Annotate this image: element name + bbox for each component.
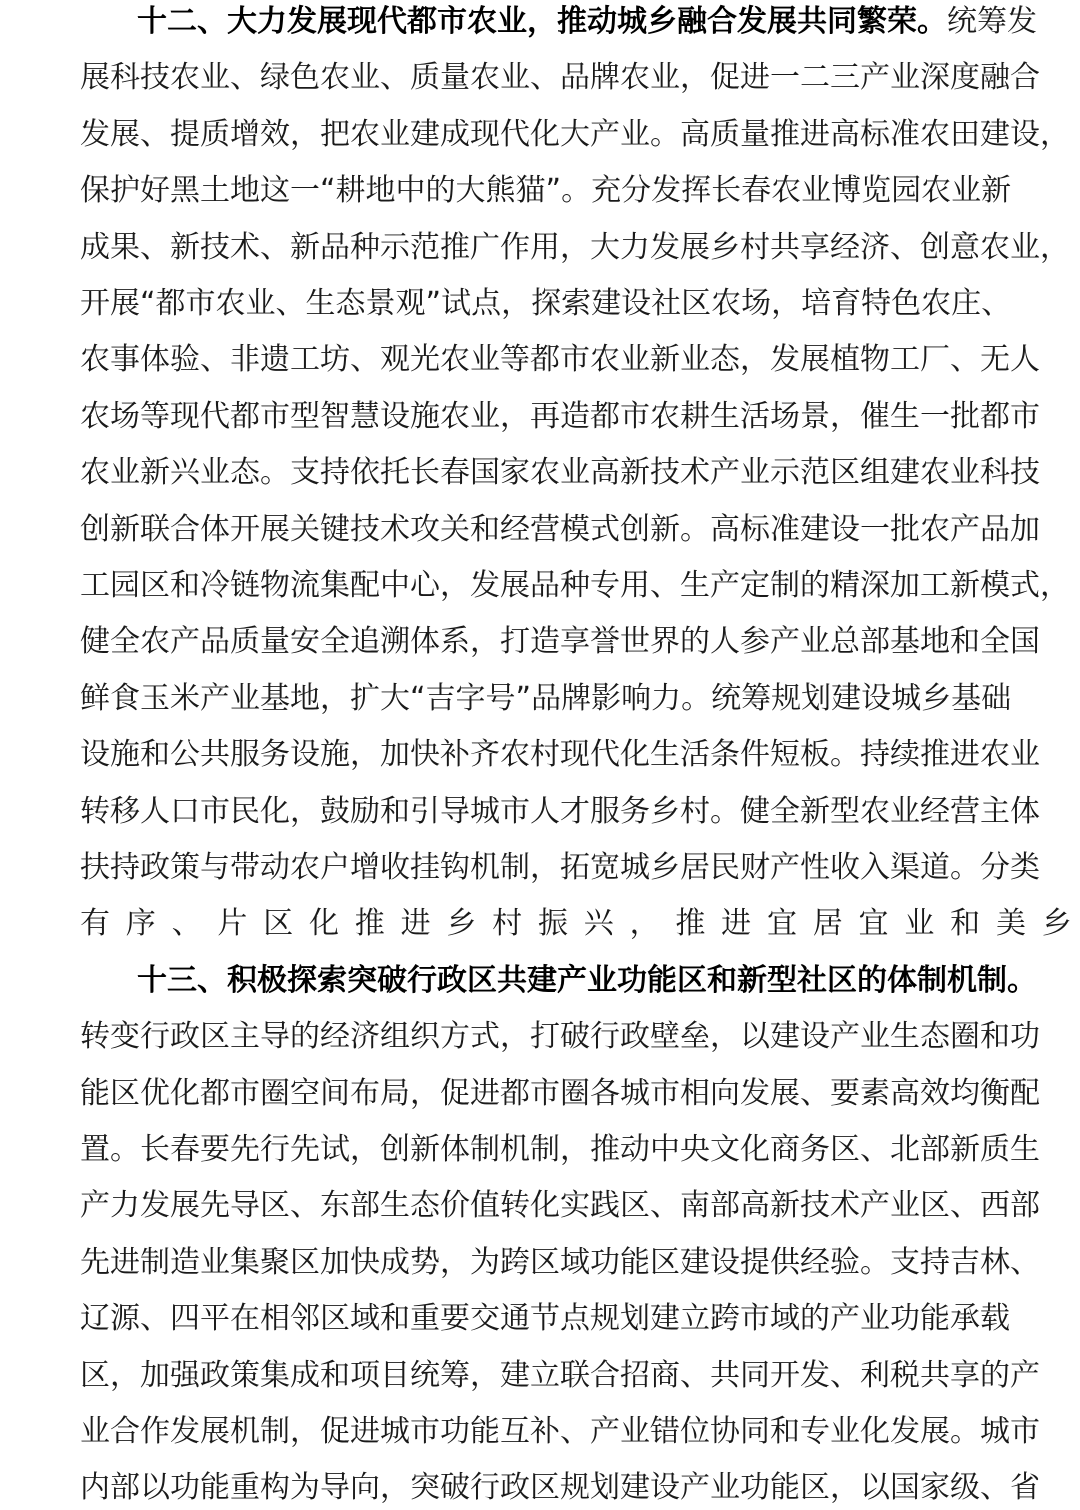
paragraph-line: 设施和公共服务设施，加快补齐农村现代化生活条件短板。持续推进农业 [80,735,1000,775]
section-heading-line: 十二、大力发展现代都市农业，推动城乡融合发展共同繁荣。统筹发 [137,2,1000,42]
document-page: 十二、大力发展现代都市农业，推动城乡融合发展共同繁荣。统筹发展科技农业、绿色农业… [0,0,1080,1510]
paragraph-line: 置。长春要先行先试，创新体制机制，推动中央文化商务区、北部新质生 [80,1130,1000,1170]
paragraph-line: 扶持政策与带动农户增收挂钩机制，拓宽城乡居民财产性收入渠道。分类 [80,848,1000,888]
paragraph-line: 先进制造业集聚区加快成势，为跨区域功能区建设提供经验。支持吉林、 [80,1243,1000,1283]
paragraph-line: 保护好黑土地这一“耕地中的大熊猫”。充分发挥长春农业博览园农业新 [80,171,1000,211]
paragraph-line: 转变行政区主导的经济组织方式，打破行政壁垒，以建设产业生态圈和功 [80,1017,1000,1057]
paragraph-line: 工园区和冷链物流集配中心，发展品种专用、生产定制的精深加工新模式， [80,566,1000,606]
paragraph-line: 创新联合体开展关键技术攻关和经营模式创新。高标准建设一批农产品加 [80,510,1000,550]
paragraph-line: 发展、提质增效，把农业建成现代化大产业。高质量推进高标准农田建设， [80,115,1000,155]
paragraph-line: 成果、新技术、新品种示范推广作用，大力发展乡村共享经济、创意农业， [80,228,1000,268]
paragraph-line: 鲜食玉米产业基地，扩大“吉字号”品牌影响力。统筹规划建设城乡基础 [80,679,1000,719]
paragraph-line: 内部以功能重构为导向，突破行政区规划建设产业功能区，以国家级、省 [80,1468,1000,1508]
paragraph-line: 业合作发展机制，促进城市功能互补、产业错位协同和专业化发展。城市 [80,1412,1000,1452]
paragraph-line: 有序、片区化推进乡村振兴，推进宜居宜业和美乡村建设。 [80,904,1000,944]
paragraph-line: 产力发展先导区、东部生态价值转化实践区、南部高新技术产业区、西部 [80,1186,1000,1226]
paragraph-line: 农事体验、非遗工坊、观光农业等都市农业新业态，发展植物工厂、无人 [80,340,1000,380]
paragraph-line: 转移人口市民化，鼓励和引导城市人才服务乡村。健全新型农业经营主体 [80,792,1000,832]
paragraph-line: 开展“都市农业、生态景观”试点，探索建设社区农场，培育特色农庄、 [80,284,1000,324]
paragraph-line: 展科技农业、绿色农业、质量农业、品牌农业，促进一二三产业深度融合 [80,58,1000,98]
paragraph-line: 农业新兴业态。支持依托长春国家农业高新技术产业示范区组建农业科技 [80,453,1000,493]
paragraph-line: 农场等现代都市型智慧设施农业，再造都市农耕生活场景，催生一批都市 [80,397,1000,437]
paragraph-line: 能区优化都市圈空间布局，促进都市圈各城市相向发展、要素高效均衡配 [80,1074,1000,1114]
paragraph-line: 健全农产品质量安全追溯体系，打造享誉世界的人参产业总部基地和全国 [80,622,1000,662]
section-heading-line: 十三、积极探索突破行政区共建产业功能区和新型社区的体制机制。 [137,961,1000,1001]
paragraph-line: 辽源、四平在相邻区域和重要交通节点规划建立跨市域的产业功能承载 [80,1299,1000,1339]
paragraph-line: 区，加强政策集成和项目统筹，建立联合招商、共同开发、利税共享的产 [80,1356,1000,1396]
